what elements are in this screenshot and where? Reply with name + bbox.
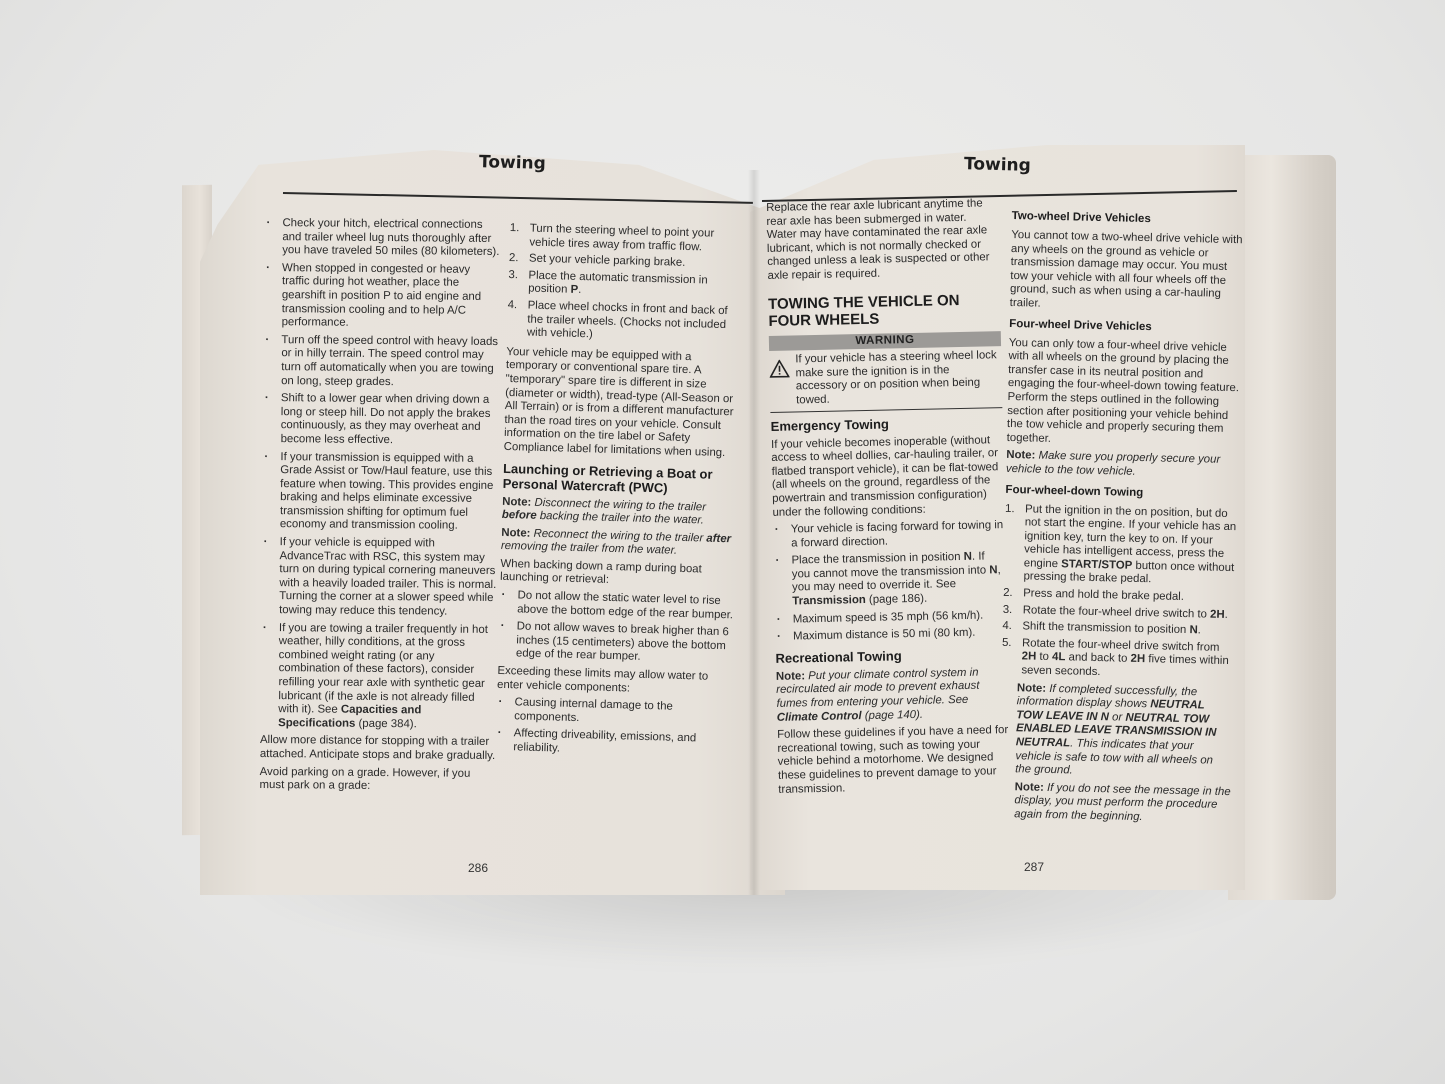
- step-text: Shift the transmission to position: [1022, 621, 1189, 637]
- list-item: If your vehicle is equipped with Advance…: [261, 536, 498, 620]
- warning-body: If your vehicle has a steering wheel loc…: [769, 349, 1002, 408]
- list-item: Do not allow waves to break higher than …: [498, 620, 735, 667]
- step-text: Rotate the four-wheel drive switch to: [1023, 604, 1211, 620]
- drive-mode: 2H: [1022, 651, 1037, 663]
- page-reference: (page 384).: [355, 718, 417, 731]
- left-page-column-1: Check your hitch, electrical connections…: [259, 217, 500, 799]
- list-item: Maximum distance is 50 mi (80 km).: [775, 626, 1007, 644]
- recreational-towing-heading: Recreational Towing: [775, 646, 1007, 666]
- note-text: or: [1109, 711, 1126, 723]
- emergency-paragraph: If your vehicle becomes inoperable (with…: [771, 434, 1005, 520]
- left-page-column-2: 1.Turn the steering wheel to point your …: [495, 222, 746, 765]
- step-number: 4.: [1002, 620, 1012, 634]
- note-secure-vehicle: Note: Make sure you properly secure your…: [1006, 449, 1239, 481]
- paragraph-stopping-distance: Allow more distance for stopping with a …: [260, 734, 496, 763]
- note-disconnect: Note: Disconnect the wiring to the trail…: [502, 495, 739, 529]
- drive-mode: 2H: [1130, 653, 1145, 665]
- step-item: 1.Put the ignition in the on position, b…: [1003, 502, 1237, 589]
- drive-mode: 4L: [1052, 651, 1066, 663]
- two-wheel-drive-heading: Two-wheel Drive Vehicles: [1012, 209, 1244, 229]
- warning-text: If your vehicle has a steering wheel loc…: [795, 349, 997, 406]
- start-stop-button-label: START/STOP: [1061, 558, 1132, 572]
- step-item: 3.Place the automatic transmission in po…: [508, 269, 745, 303]
- step-text: and back to: [1065, 652, 1130, 665]
- step-item: 3.Rotate the four-wheel drive switch to …: [1003, 604, 1235, 623]
- punctuation: .: [1225, 609, 1228, 621]
- book-gutter: [748, 170, 760, 895]
- climate-control-link[interactable]: Climate Control: [777, 710, 862, 724]
- list-item: Your vehicle is facing forward for towin…: [773, 519, 1006, 551]
- right-page-number: 287: [1024, 860, 1044, 874]
- right-page-column-1: Replace the rear axle lubricant anytime …: [766, 197, 1010, 801]
- note-label: Note:: [501, 527, 530, 540]
- list-item: Causing internal damage to the component…: [496, 696, 733, 730]
- punctuation: .: [578, 284, 582, 296]
- step-text: Set your vehicle parking brake.: [529, 253, 686, 269]
- ramp-paragraph: When backing down a ramp during boat lau…: [500, 558, 737, 592]
- right-page-header: Towing: [964, 154, 1031, 176]
- step-number: 5.: [1002, 637, 1012, 651]
- step-item: 1.Turn the steering wheel to point your …: [509, 222, 746, 256]
- note-label: Note:: [776, 670, 805, 683]
- note-label: Note:: [1015, 781, 1044, 794]
- step-item: 4.Place wheel chocks in front and back o…: [507, 299, 744, 346]
- list-item: Do not allow the static water level to r…: [499, 589, 736, 623]
- note-reconnect: Note: Reconnect the wiring to the traile…: [501, 527, 738, 561]
- spare-tire-paragraph: Your vehicle may be equipped with a temp…: [504, 346, 743, 461]
- step-number: 4.: [507, 299, 517, 313]
- section-heading-four-wheels: Towing the Vehicle on Four Wheels: [768, 291, 1001, 330]
- list-item: Shift to a lower gear when driving down …: [263, 392, 499, 448]
- step-text: to: [1036, 651, 1052, 663]
- note-not-seen: Note: If you do not see the message in t…: [998, 781, 1231, 827]
- step-text: Turn the steering wheel to point your ve…: [529, 223, 714, 253]
- note-label: Note:: [1006, 449, 1035, 462]
- note-emphasis: before: [502, 509, 537, 522]
- list-item: Affecting driveability, emissions, and r…: [495, 727, 732, 761]
- two-wheel-drive-paragraph: You cannot tow a two-wheel drive vehicle…: [1010, 229, 1244, 316]
- four-wheel-drive-heading: Four-wheel Drive Vehicles: [1009, 317, 1241, 337]
- step-number: 3.: [508, 269, 518, 283]
- step-item: 5.Rotate the four-wheel drive switch fro…: [1001, 637, 1234, 683]
- exceed-paragraph: Exceeding these limits may allow water t…: [497, 665, 734, 699]
- note-label: Note:: [1017, 682, 1046, 695]
- list-item: Turn off the speed control with heavy lo…: [263, 334, 499, 390]
- step-text: Place wheel chocks in front and back of …: [527, 299, 728, 340]
- list-item-text: When stopped in congested or heavy traff…: [282, 262, 482, 329]
- list-item: Check your hitch, electrical connections…: [264, 217, 500, 260]
- warning-triangle-icon: [769, 360, 789, 378]
- note-emphasis: after: [706, 532, 731, 545]
- list-item-text: If you are towing a trailer frequently i…: [278, 622, 488, 716]
- recreational-paragraph: Follow these guidelines if you have a ne…: [777, 724, 1010, 797]
- transmission-link[interactable]: Transmission: [792, 594, 866, 608]
- list-item: If your transmission is equipped with a …: [262, 450, 499, 534]
- four-wheel-down-towing-heading: Four-wheel-down Towing: [1005, 482, 1237, 502]
- left-page-number: 286: [468, 861, 488, 875]
- emergency-towing-heading: Emergency Towing: [771, 414, 1003, 434]
- boat-launch-heading: Launching or Retrieving a Boat or Person…: [503, 460, 740, 497]
- list-item: If you are towing a trailer frequently i…: [260, 622, 497, 733]
- note-text: Put your climate control system in recir…: [776, 666, 979, 709]
- right-page-column-2: Two-wheel Drive Vehicles You cannot tow …: [998, 203, 1244, 831]
- step-item: 4.Shift the transmission to position N.: [1002, 620, 1234, 639]
- drive-mode: 2H: [1210, 608, 1225, 620]
- gear-position: N: [989, 564, 997, 576]
- note-climate-control: Note: Put your climate control system in…: [776, 666, 1009, 725]
- note-label: Note:: [502, 495, 531, 508]
- list-item: Place the transmission in position N. If…: [773, 550, 1006, 609]
- page-reference: (page 140).: [861, 708, 923, 721]
- step-text: Place the automatic transmission in posi…: [528, 269, 708, 296]
- page-reference: (page 186).: [866, 593, 928, 606]
- step-text: Press and hold the brake pedal.: [1023, 587, 1184, 603]
- step-number: 2.: [1003, 587, 1013, 601]
- step-item: 2.Press and hold the brake pedal.: [1003, 587, 1235, 606]
- note-completed: Note: If completed successfully, the inf…: [999, 682, 1233, 782]
- step-number: 3.: [1003, 604, 1013, 618]
- four-wheel-drive-paragraph: You can only tow a four-wheel drive vehi…: [1007, 337, 1241, 451]
- left-page-header: Towing: [479, 152, 546, 174]
- list-item: Maximum speed is 35 mph (56 km/h).: [775, 609, 1007, 627]
- punctuation: .: [1198, 625, 1201, 637]
- step-number: 1.: [1005, 502, 1015, 516]
- paragraph-parking-grade: Avoid parking on a grade. However, if yo…: [260, 766, 496, 795]
- list-item: When stopped in congested or heavy traff…: [264, 262, 501, 332]
- note-text: Make sure you properly secure your vehic…: [1006, 450, 1221, 478]
- note-text: If you do not see the message in the dis…: [1014, 782, 1231, 823]
- step-number: 2.: [509, 252, 519, 266]
- warning-banner: WARNING: [769, 331, 1001, 351]
- axle-lubricant-paragraph: Replace the rear axle lubricant anytime …: [766, 197, 1000, 283]
- step-number: 1.: [510, 222, 520, 236]
